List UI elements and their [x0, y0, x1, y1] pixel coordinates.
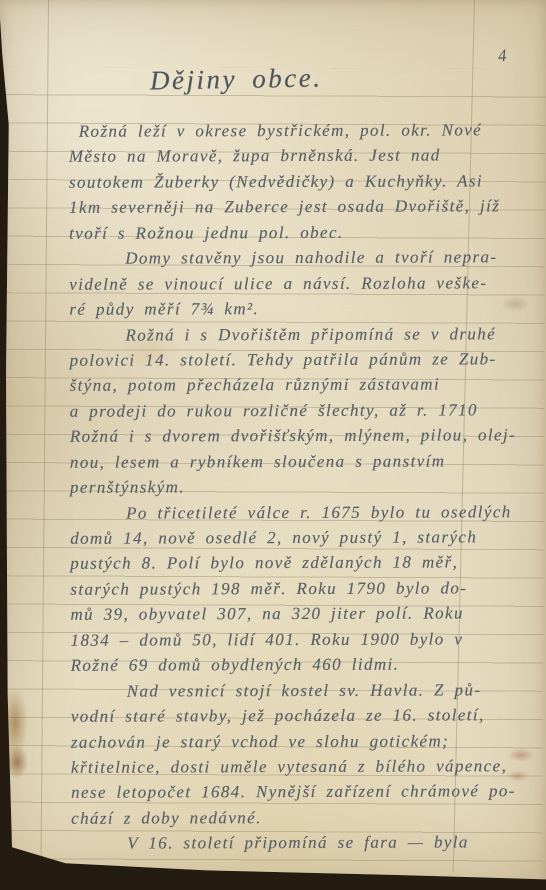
manuscript-line: ré půdy měří 7¾ km². [69, 295, 531, 322]
manuscript-line: a prodeji do rukou rozličné šlechty, až … [70, 397, 532, 424]
manuscript-line: pustých 8. Polí bylo nově zdělaných 18 m… [70, 550, 532, 577]
page-number: 4 [497, 46, 508, 67]
manuscript-paper: 4 Dějiny obce. Rožná leží v okrese bystř… [0, 0, 546, 890]
manuscript-lines: Rožná leží v okrese bystřickém, pol. okr… [69, 117, 534, 856]
manuscript-line: Rožná i s dvorem dvořišťským, mlýnem, pi… [70, 422, 532, 449]
manuscript-line: 1834 – domů 50, lidí 401. Roku 1900 bylo… [70, 626, 532, 653]
manuscript-line: Domy stavěny jsou nahodile a tvoří nepra… [69, 244, 531, 271]
manuscript-line: křtitelnice, dosti uměle vytesaná z bílé… [71, 753, 533, 780]
manuscript-line: Po třicetileté válce r. 1675 bylo tu ose… [70, 499, 532, 526]
manuscript-line: pernštýnským. [70, 473, 532, 500]
manuscript-line: Rožné 69 domů obydlených 460 lidmi. [71, 651, 533, 678]
manuscript-line: mů 39, obyvatel 307, na 320 jiter polí. … [70, 601, 532, 628]
manuscript-line: zachován je starý vchod ve slohu gotické… [71, 728, 533, 755]
manuscript-line: domů 14, nově osedlé 2, nový pustý 1, st… [70, 524, 532, 551]
manuscript-line: soutokem Žuberky (Nedvědičky) a Kuchyňky… [69, 168, 531, 195]
manuscript-line: Rožná leží v okrese bystřickém, pol. okr… [69, 117, 531, 144]
manuscript-line: nou, lesem a rybníkem sloučena s panství… [70, 448, 532, 475]
page-title: Dějiny obce. [150, 62, 323, 96]
manuscript-line: Rožná i s Dvořištěm připomíná se v druhé [69, 321, 531, 348]
manuscript-line: vodní staré stavby, jež pocházela ze 16.… [71, 702, 533, 729]
manuscript-line: nese letopočet 1684. Nynější zařízení ch… [71, 779, 533, 806]
manuscript-line: polovici 14. století. Tehdy patřila pánů… [70, 346, 532, 373]
manuscript-line: videlně se vinoucí ulice a návsí. Rozloh… [69, 270, 531, 297]
manuscript-line: Město na Moravě, župa brněnská. Jest nad [69, 143, 531, 170]
manuscript-line: 1km severněji na Zuberce jest osada Dvoř… [69, 194, 531, 221]
manuscript-line: tvoří s Rožnou jednu pol. obec. [69, 219, 531, 246]
manuscript-line: štýna, potom přecházela různými zástavam… [70, 372, 532, 399]
manuscript-line: Nad vesnicí stojí kostel sv. Havla. Z pů… [71, 677, 533, 704]
manuscript-line: starých pustých 198 měř. Roku 1790 bylo … [70, 575, 532, 602]
manuscript-line: V 16. století připomíná se fara — byla [71, 829, 533, 856]
manuscript-line: chází z doby nedávné. [71, 804, 533, 831]
